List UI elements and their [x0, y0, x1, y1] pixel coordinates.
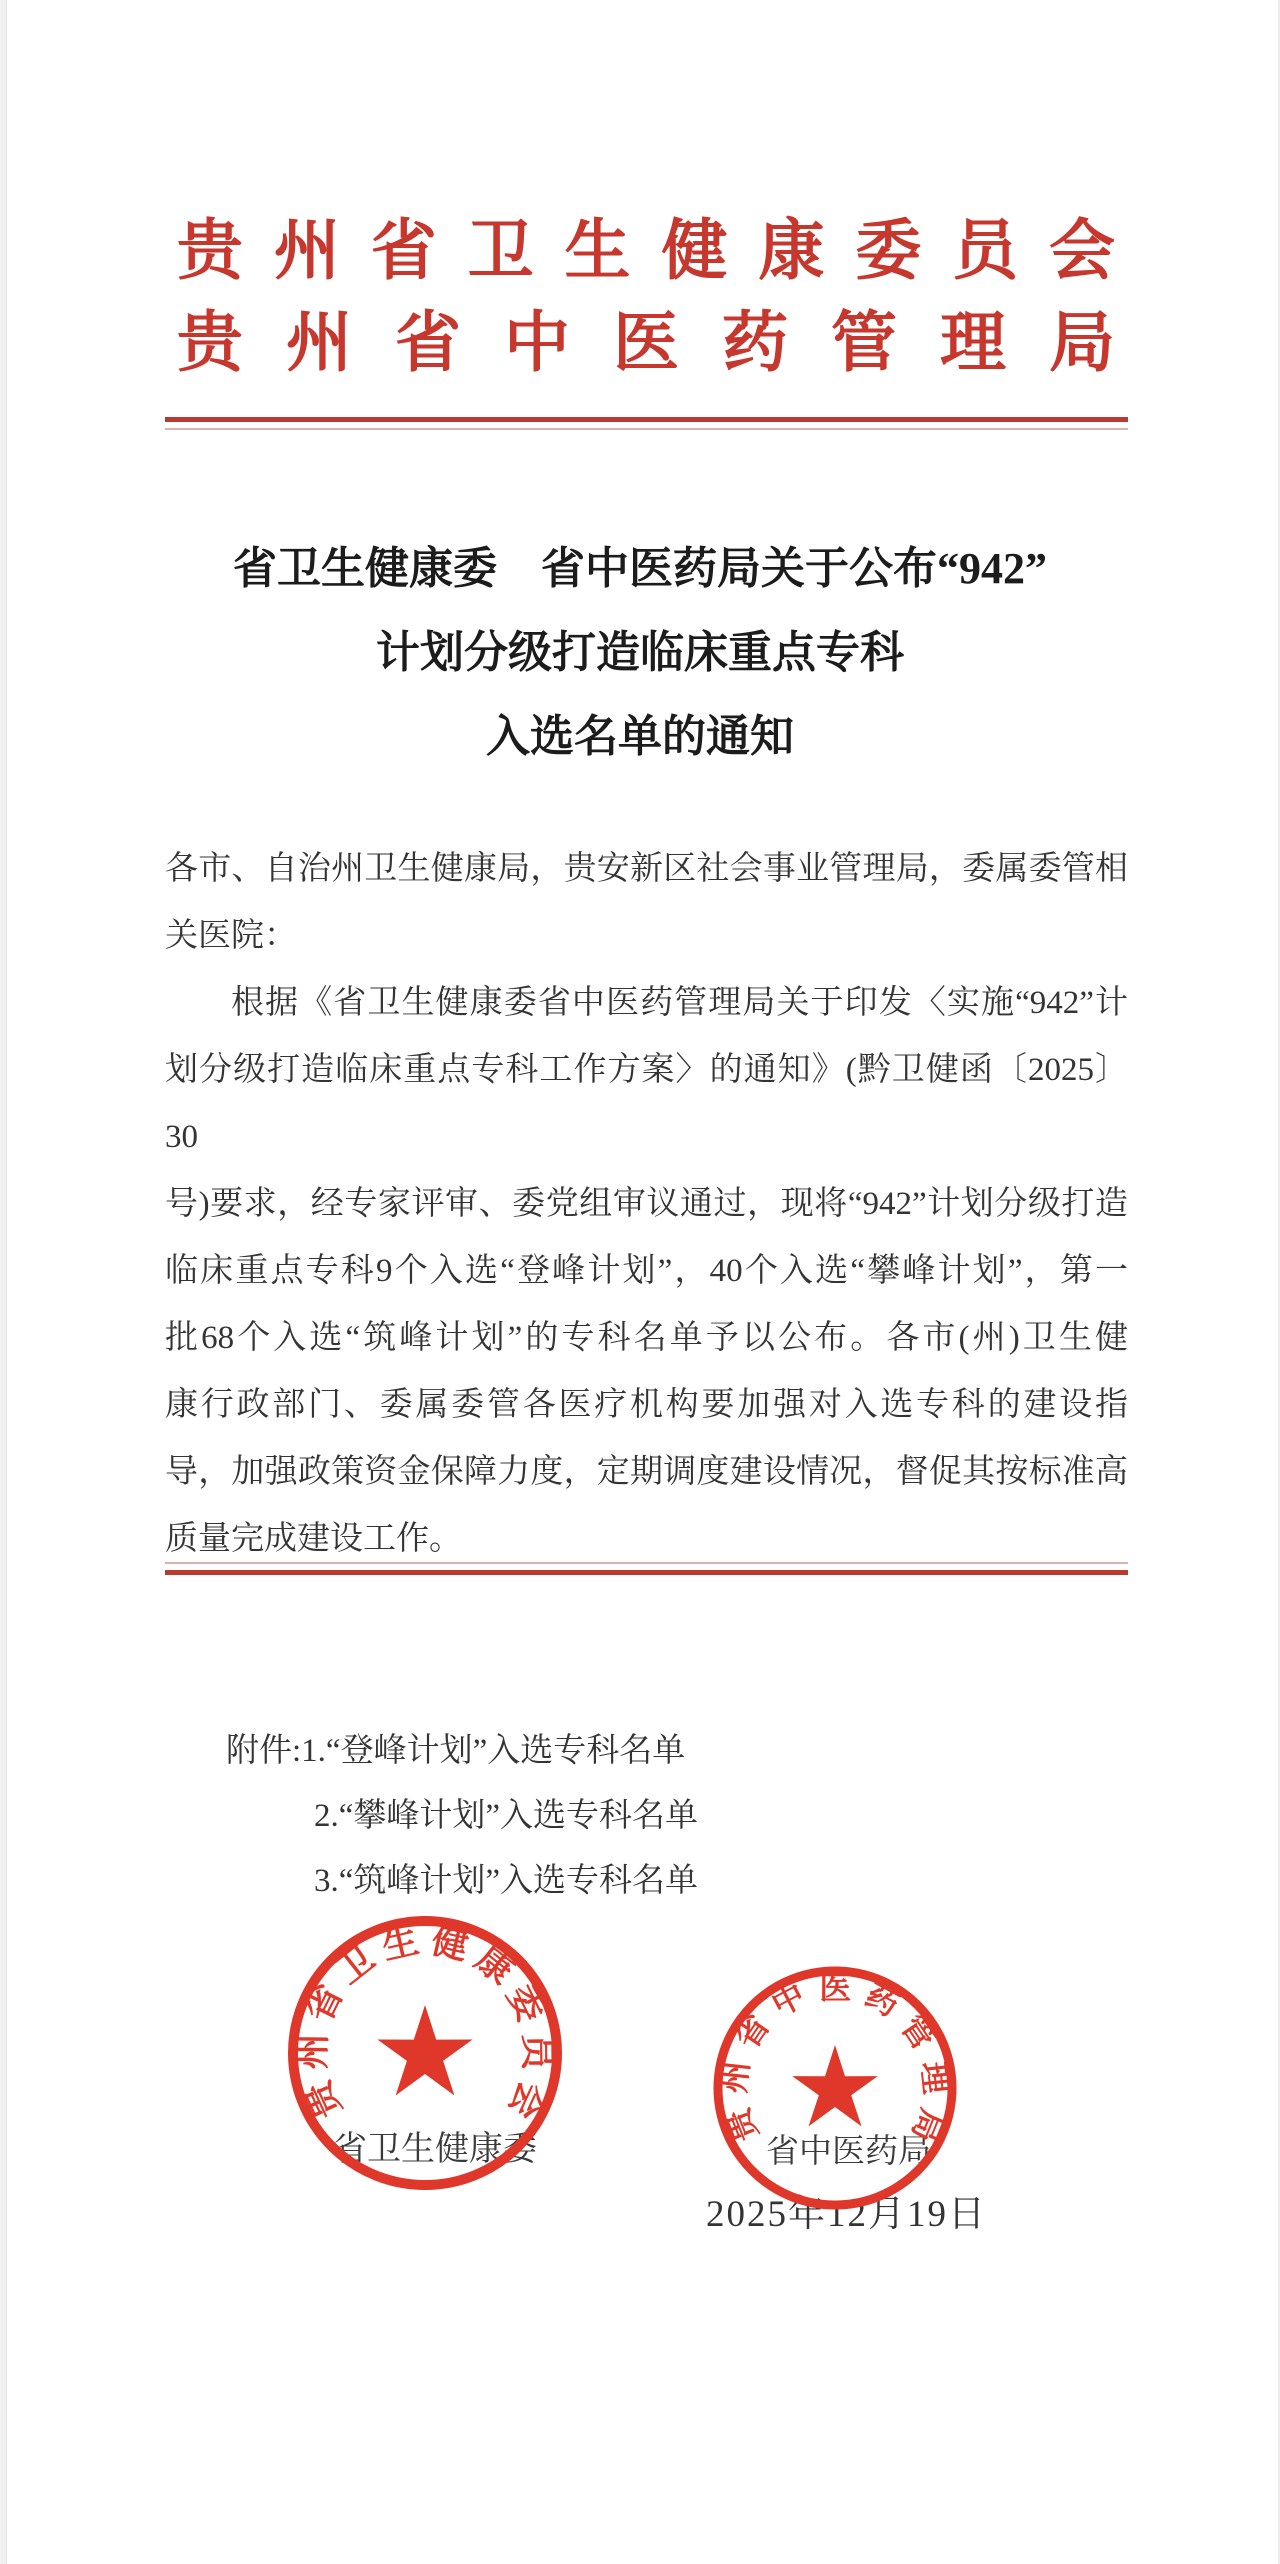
- body-line: 各市、自治州卫生健康局，贵安新区社会事业管理局，委属委管相: [165, 836, 1128, 903]
- signature-health-commission: 省卫生健康委: [333, 2121, 537, 2170]
- body-line: 导，加强政策资金保障力度，定期调度建设情况，督促其按标准高: [165, 1439, 1128, 1506]
- document-date: 2025年12月19日: [706, 2183, 987, 2237]
- attachments-list: 附件:1.“登峰计划”入选专科名单 2.“攀峰计划”入选专科名单 3.“筑峰计划…: [226, 1719, 1046, 1914]
- attachment-item-3: 3.“筑峰计划”入选专科名单: [226, 1849, 1046, 1914]
- seal-star-icon: [792, 2045, 878, 2126]
- document-body: 各市、自治州卫生健康局，贵安新区社会事业管理局，委属委管相 关医院： 根据《省卫…: [165, 836, 1128, 1573]
- header-divider-thin-line: [165, 428, 1128, 430]
- letterhead-org-1: 贵州省卫生健康委员会: [177, 206, 1115, 298]
- attachment-item: 附件:1.“登峰计划”入选专科名单: [226, 1719, 1046, 1784]
- letterhead: 贵州省卫生健康委员会 贵州省中医药管理局: [177, 206, 1115, 390]
- footer-divider-thick-line: [165, 1570, 1128, 1575]
- header-divider: [165, 417, 1128, 430]
- body-line: 号)要求，经专家评审、委党组审议通过，现将“942”计划分级打造: [165, 1171, 1128, 1238]
- attachments-label: 附件:: [226, 1733, 301, 1769]
- body-line: 关医院：: [165, 903, 1128, 970]
- footer-divider-thin-line: [165, 1562, 1128, 1564]
- page-edge-left: [0, 0, 7, 2564]
- body-line: 临床重点专科9个入选“登峰计划”，40个入选“攀峰计划”，第一: [165, 1238, 1128, 1305]
- footer-divider: [165, 1562, 1128, 1575]
- seal-ring-text: 贵州省卫生健康委员会: [293, 1920, 557, 2124]
- document-title-line-1: 省卫生健康委 省中医药局关于公布“942”: [0, 527, 1280, 611]
- document-title-line-2: 计划分级打造临床重点专科: [0, 611, 1280, 695]
- body-line: 批68个入选“筑峰计划”的专科名单予以公布。各市(州)卫生健: [165, 1305, 1128, 1372]
- attachment-item-2: 2.“攀峰计划”入选专科名单: [226, 1784, 1046, 1849]
- document-title: 省卫生健康委 省中医药局关于公布“942” 计划分级打造临床重点专科 入选名单的…: [0, 527, 1280, 779]
- body-line: 康行政部门、委属委管各医疗机构要加强对入选专科的建设指: [165, 1372, 1128, 1439]
- seal-star-icon: [377, 2005, 472, 2096]
- header-divider-thick-line: [165, 417, 1128, 422]
- seal-ring-text: 贵州省中医药管理局: [716, 1970, 954, 2147]
- letterhead-org-2: 贵州省中医药管理局: [177, 298, 1115, 390]
- attachment-item-1: 1.“登峰计划”入选专科名单: [301, 1733, 685, 1769]
- official-document-page: 贵州省卫生健康委员会 贵州省中医药管理局 省卫生健康委 省中医药局关于公布“94…: [0, 0, 1280, 2564]
- signature-tcm-admin: 省中医药局: [766, 2125, 931, 2172]
- body-line: 划分级打造临床重点专科工作方案〉的通知》(黔卫健函〔2025〕30: [165, 1037, 1128, 1171]
- document-title-line-3: 入选名单的通知: [0, 695, 1280, 779]
- body-line: 根据《省卫生健康委省中医药管理局关于印发〈实施“942”计: [165, 970, 1128, 1037]
